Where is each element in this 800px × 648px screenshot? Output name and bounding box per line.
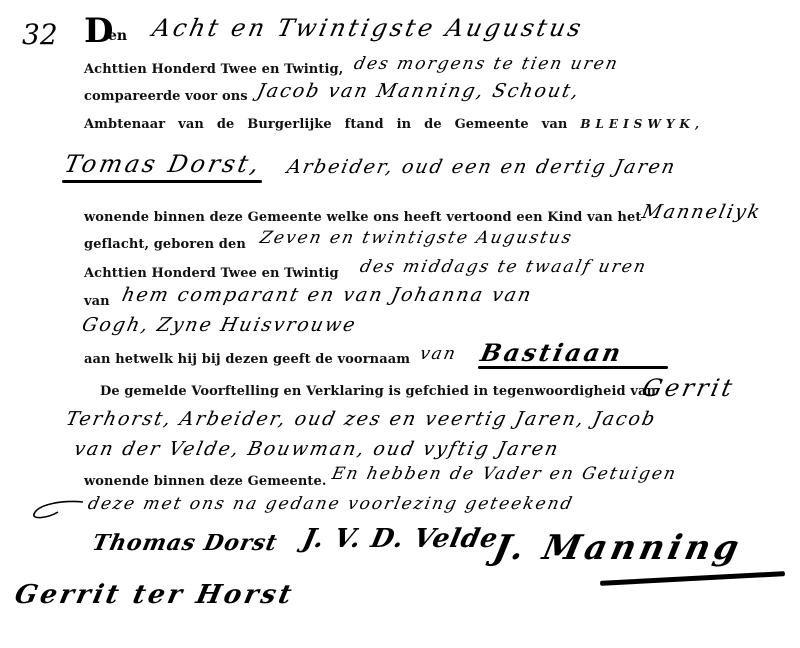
time-handwritten: des morgens te tien uren [352, 54, 621, 74]
closing-handwritten: En hebben de Vader en Getuigen [330, 464, 679, 484]
official-signature-stroke [600, 571, 785, 586]
name-underline [62, 180, 262, 183]
municipality-name: BLEISWYK, [580, 117, 704, 131]
printed-year-line-2: Achttien Honderd Twee en Twintig [84, 266, 339, 281]
printed-geboren-line: geflacht, geboren den [84, 237, 246, 252]
mother-surname-handwritten: Gogh, Zyne Huisvrouwe [80, 314, 359, 336]
printed-year-line: Achttien Honderd Twee en Twintig, [84, 62, 343, 77]
van-handwritten: van [418, 344, 459, 364]
child-name-underline [478, 366, 668, 369]
signature-witness-vdvelde: J. V. D. Velde [300, 524, 501, 554]
dropcap-rest: en [108, 28, 127, 44]
witnesses-line-handwritten: Terhorst, Arbeider, oud zes en veertig J… [64, 408, 659, 430]
signature-official: J. Manning [490, 528, 746, 568]
official-name-handwritten: Jacob van Manning, Schout, [255, 80, 582, 102]
child-name-handwritten: Bastiaan [478, 338, 626, 367]
printed-ambtenaar-line: Ambtenaar van de Burgerlijke ftand in de… [84, 117, 704, 132]
birth-time-handwritten: des middags te twaalf uren [358, 257, 649, 277]
father-name-handwritten: Tomas Dorst, [62, 150, 264, 178]
printed-gemeente-end: wonende binnen deze Gemeente. [84, 474, 326, 489]
birth-date-handwritten: Zeven en twintigste Augustus [258, 228, 575, 248]
sex-handwritten: Manneliyk [640, 201, 764, 223]
signature-witness-terhorst: Gerrit ter Horst [12, 580, 297, 610]
mother-line-handwritten: hem comparant en van Johanna van [120, 284, 535, 306]
closing-handwritten-2: deze met ons na gedane voorlezing geteek… [86, 494, 576, 514]
witness1-firstname-handwritten: Gerrit [640, 374, 738, 402]
printed-voorstelling-line: De gemelde Voorftelling en Verklaring is… [100, 384, 656, 399]
signature-father: Thomas Dorst [90, 530, 280, 556]
printed-wonende-line: wonende binnen deze Gemeente welke ons h… [84, 210, 641, 225]
date-handwritten: Acht en Twintigste Augustus [150, 14, 586, 42]
printed-voornaam-line: aan hetwelk hij bij dezen geeft de voorn… [84, 352, 410, 367]
flourish-mark [28, 498, 88, 522]
printed-compareerde: compareerde voor ons [84, 89, 248, 104]
witness2-line-handwritten: van der Velde, Bouwman, oud vyftig Jaren [72, 438, 562, 460]
printed-van: van [84, 294, 110, 309]
father-occupation-age: Arbeider, oud een en dertig Jaren [285, 156, 679, 178]
record-number: 32 [22, 18, 58, 51]
register-page: 32 D en Acht en Twintigste Augustus Acht… [0, 0, 800, 648]
